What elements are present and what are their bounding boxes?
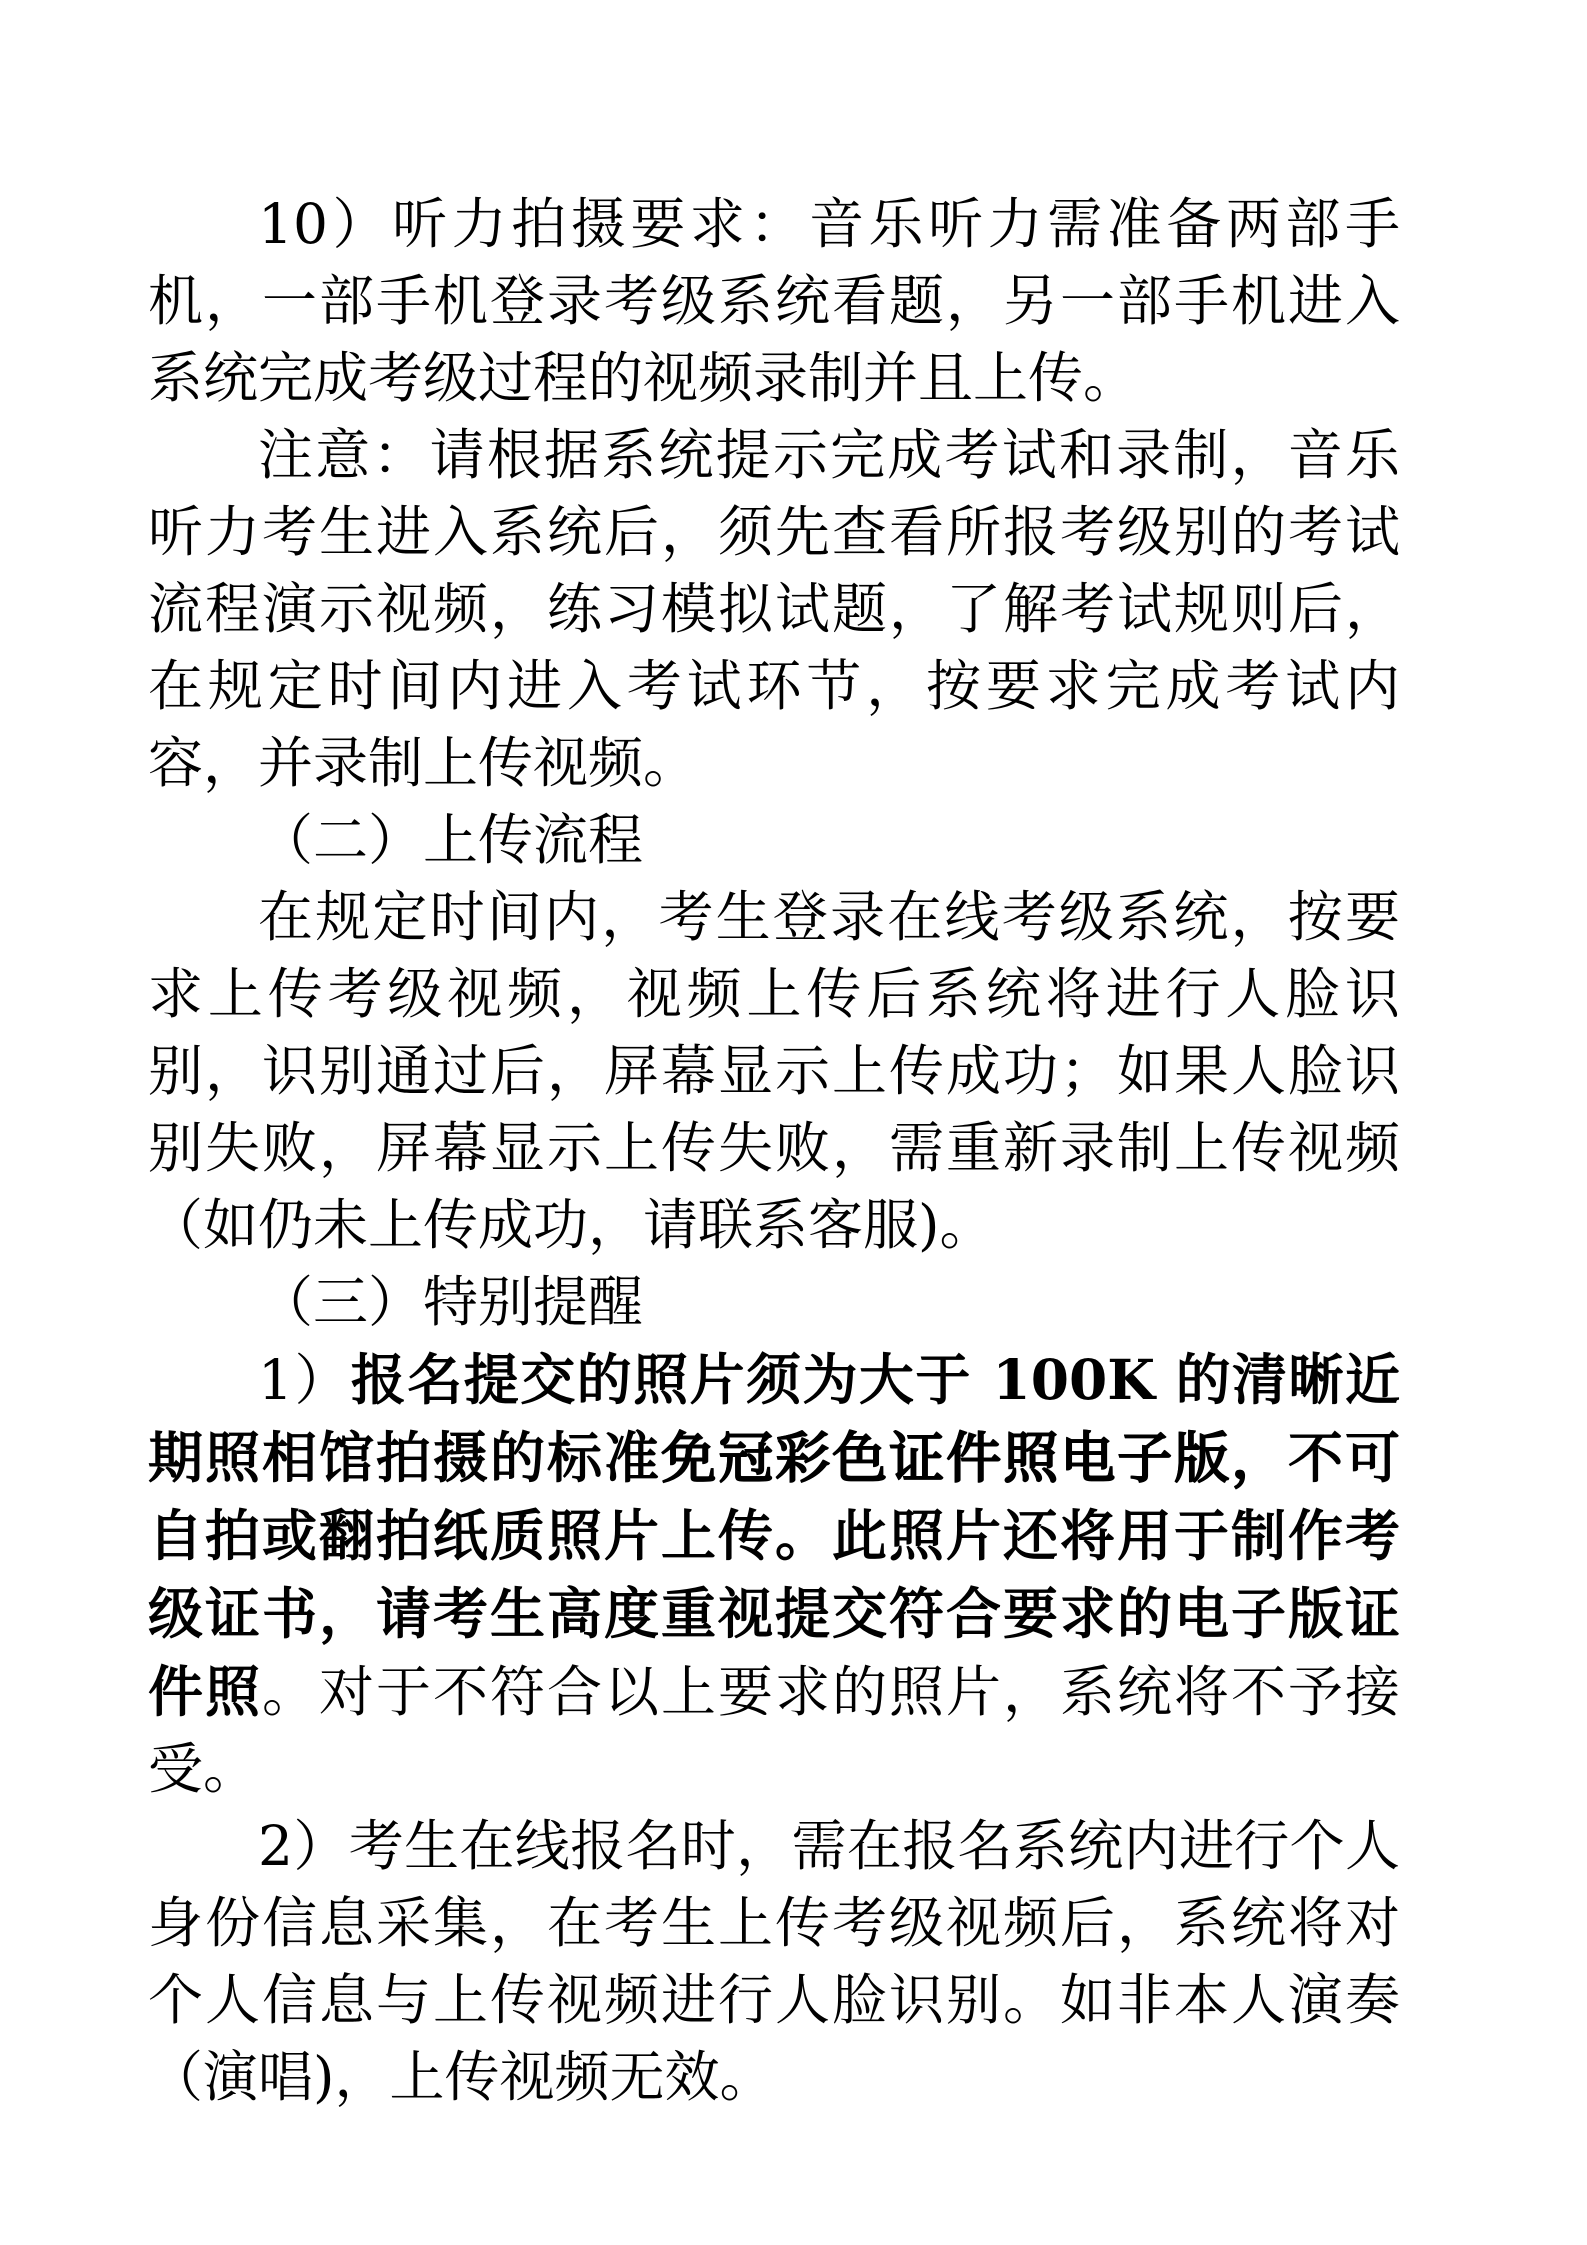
para-reminder-1-photo-requirements: 1）报名提交的照片须为大于 100K 的清晰近期照相馆拍摄的标准免冠彩色证件照电…	[148, 1341, 1400, 1808]
document-page: 10）听力拍摄要求：音乐听力需准备两部手机，一部手机登录考级系统看题，另一部手机…	[0, 0, 1587, 2245]
text-run: 注意：请根据系统提示完成考试和录制，音乐听力考生进入系统后，须先查看所报考级别的…	[148, 423, 1400, 795]
text-run: 1）	[258, 1348, 351, 1412]
text-run: （二）上传流程	[258, 808, 643, 872]
text-run: 2）考生在线报名时，需在报名系统内进行个人身份信息采集，在考生上传考级视频后，系…	[148, 1814, 1400, 2109]
text-run: 。对于不符合以上要求的照片，系统将不予接受。	[148, 1660, 1400, 1801]
text-run: 免冠彩色证件照电子版，	[661, 1425, 1288, 1490]
document-text-block: 10）听力拍摄要求：音乐听力需准备两部手机，一部手机登录考级系统看题，另一部手机…	[148, 186, 1400, 2116]
para-upload-process-details: 在规定时间内，考生登录在线考级系统，按要求上传考级视频，视频上传后系统将进行人脸…	[148, 879, 1400, 1264]
text-run: （三）特别提醒	[258, 1270, 643, 1334]
heading-section-3-special-reminder: （三）特别提醒	[148, 1264, 1400, 1341]
para-10-listening-filming-requirements: 10）听力拍摄要求：音乐听力需准备两部手机，一部手机登录考级系统看题，另一部手机…	[148, 186, 1400, 417]
para-reminder-2-identity-collection: 2）考生在线报名时，需在报名系统内进行个人身份信息采集，在考生上传考级视频后，系…	[148, 1808, 1400, 2116]
text-run: 在规定时间内，考生登录在线考级系统，按要求上传考级视频，视频上传后系统将进行人脸…	[148, 885, 1400, 1257]
para-notice-exam-and-recording: 注意：请根据系统提示完成考试和录制，音乐听力考生进入系统后，须先查看所报考级别的…	[148, 417, 1400, 802]
heading-section-2-upload-process: （二）上传流程	[148, 802, 1400, 879]
text-run: 10）听力拍摄要求：音乐听力需准备两部手机，一部手机登录考级系统看题，另一部手机…	[148, 192, 1400, 410]
